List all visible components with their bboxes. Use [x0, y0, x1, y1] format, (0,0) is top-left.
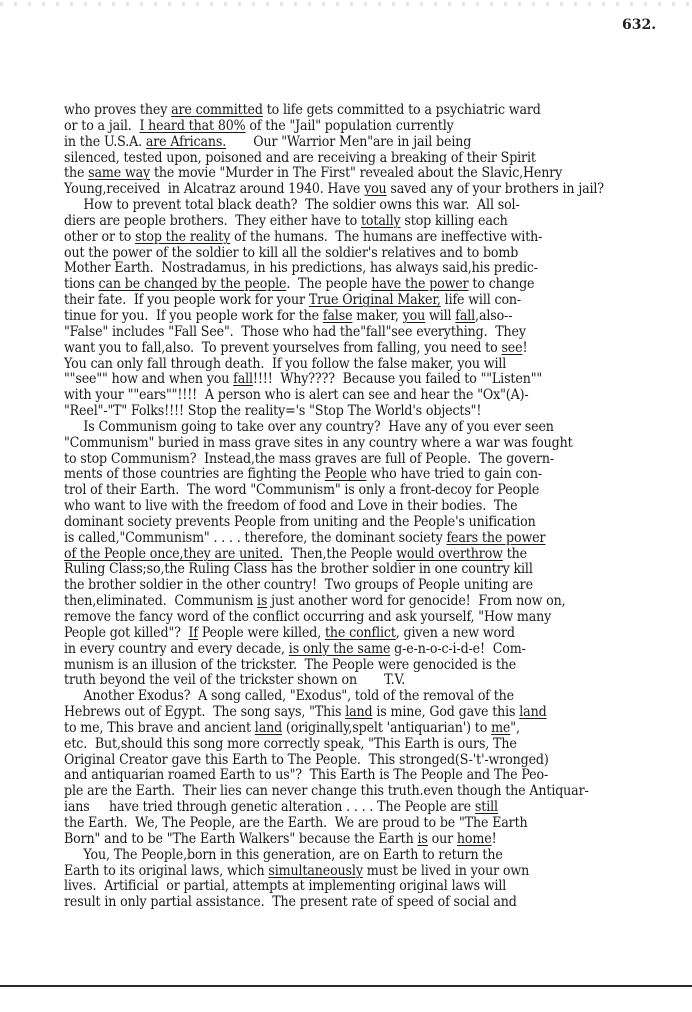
text-line: dominant society prevents People from un…: [64, 515, 648, 531]
underlined-text: would overthrow: [396, 546, 503, 562]
text-line: silenced, tested upon, poisoned and are …: [64, 151, 648, 167]
text-segment: You can only fall through death. If you …: [64, 356, 506, 372]
underlined-text: false: [323, 308, 353, 324]
underlined-text: fears the power: [446, 530, 545, 546]
text-segment: !: [523, 340, 528, 356]
underlined-text: home: [457, 831, 492, 847]
text-segment: then,eliminated. Communism: [64, 593, 257, 609]
text-segment: ,also--: [475, 308, 512, 324]
text-segment: Our "Warrior Men"are in jail being: [226, 134, 471, 150]
text-line: How to prevent total black death? The so…: [64, 198, 648, 214]
text-segment: !!!! Why???? Because you failed to ""Lis…: [253, 371, 542, 387]
text-line: to me, This brave and ancient land (orig…: [64, 721, 648, 737]
text-segment: Then,the People: [283, 546, 396, 562]
text-segment: !: [492, 831, 497, 847]
text-segment: People got killed"?: [64, 625, 189, 641]
text-segment: ",: [510, 720, 520, 736]
text-segment: just another word for genocide! From now…: [267, 593, 565, 609]
text-line: diers are people brothers. They either h…: [64, 214, 648, 230]
text-line: of the People once,they are united. Then…: [64, 547, 648, 563]
text-segment: with your ""ears""!!!! A person who is a…: [64, 387, 529, 403]
text-segment: Ruling Class;so,the Ruling Class has the…: [64, 561, 533, 577]
text-segment: to life gets committed to a psychiatric …: [263, 102, 541, 118]
text-line: You, The People,born in this generation,…: [64, 848, 648, 864]
text-line: out the power of the soldier to kill all…: [64, 246, 648, 262]
text-segment: who have tried to gain con-: [367, 466, 542, 482]
text-segment: Young,received in Alcatraz around 1940. …: [64, 181, 364, 197]
page-number: 632.: [622, 17, 656, 33]
text-line: "Communism" buried in mass grave sites i…: [64, 436, 648, 452]
text-line: You can only fall through death. If you …: [64, 357, 648, 373]
text-segment: Is Communism going to take over any coun…: [64, 419, 554, 435]
text-line: Another Exodus? A song called, "Exodus",…: [64, 689, 648, 705]
text-line: with your ""ears""!!!! A person who is a…: [64, 388, 648, 404]
underlined-text: you: [364, 181, 386, 197]
text-segment: ple are the Earth. Their lies can never …: [64, 783, 589, 799]
text-line: ments of those countries are fighting th…: [64, 467, 648, 483]
footer-rule: [0, 985, 692, 987]
text-line: to stop Communism? Instead,the mass grav…: [64, 452, 648, 468]
text-segment: or to a jail.: [64, 118, 139, 134]
text-line: truth beyond the veil of the trickster s…: [64, 673, 648, 689]
underlined-text: same way: [88, 165, 150, 181]
text-segment: Hebrews out of Egypt. The song says, "Th…: [64, 704, 345, 720]
text-segment: out the power of the soldier to kill all…: [64, 245, 518, 261]
text-line: their fate. If you people work for your …: [64, 293, 648, 309]
text-segment: dominant society prevents People from un…: [64, 514, 536, 530]
underlined-text: see: [501, 340, 522, 356]
text-segment: lives. Artificial or partial, attempts a…: [64, 878, 506, 894]
text-segment: to me, This brave and ancient: [64, 720, 255, 736]
text-line: ""see"" how and when you fall!!!! Why???…: [64, 372, 648, 388]
underlined-text: is: [257, 593, 267, 609]
underlined-text: simultaneously: [268, 863, 362, 879]
underlined-text: land: [255, 720, 282, 736]
text-line: who proves they are committed to life ge…: [64, 103, 648, 119]
text-line: People got killed"? If People were kille…: [64, 626, 648, 642]
text-segment: Born" and to be "The Earth Walkers" beca…: [64, 831, 418, 847]
text-segment: Earth to its original laws, which: [64, 863, 268, 879]
text-segment: maker,: [352, 308, 402, 324]
text-segment: and antiquarian roamed Earth to us"? Thi…: [64, 767, 548, 783]
text-segment: (originally,spelt 'antiquarian') to: [282, 720, 491, 736]
underlined-text: are Africans.: [146, 134, 226, 150]
underlined-text: fall: [233, 371, 253, 387]
text-segment: truth beyond the veil of the trickster s…: [64, 672, 405, 688]
text-segment: who want to live with the freedom of foo…: [64, 498, 518, 514]
text-line: and antiquarian roamed Earth to us"? Thi…: [64, 768, 648, 784]
text-line: Ruling Class;so,the Ruling Class has the…: [64, 562, 648, 578]
text-segment: tinue for you. If you people work for th…: [64, 308, 323, 324]
text-segment: g-e-n-o-c-i-d-e! Com-: [390, 641, 525, 657]
text-segment: ments of those countries are fighting th…: [64, 466, 325, 482]
text-segment: diers are people brothers. They either h…: [64, 213, 361, 229]
text-segment: who proves they: [64, 102, 171, 118]
text-segment: result in only partial assistance. The p…: [64, 894, 517, 910]
text-line: in the U.S.A. are Africans. Our "Warrior…: [64, 135, 648, 151]
text-segment: silenced, tested upon, poisoned and are …: [64, 150, 536, 166]
text-segment: to change: [469, 276, 535, 292]
text-segment: is mine, God gave this: [372, 704, 519, 720]
text-segment: Another Exodus? A song called, "Exodus",…: [64, 688, 514, 704]
text-segment: of the humans. The humans are ineffectiv…: [230, 229, 542, 245]
text-segment: will: [425, 308, 455, 324]
text-line: or to a jail. I heard that 80% of the "J…: [64, 119, 648, 135]
text-segment: You, The People,born in this generation,…: [64, 847, 503, 863]
text-line: munism is an illusion of the trickster. …: [64, 658, 648, 674]
text-line: then,eliminated. Communism is just anoth…: [64, 594, 648, 610]
text-line: the same way the movie "Murder in The Fi…: [64, 166, 648, 182]
text-segment: in every country and every decade,: [64, 641, 289, 657]
text-segment: tions: [64, 276, 99, 292]
underlined-text: me: [491, 720, 510, 736]
text-line: lives. Artificial or partial, attempts a…: [64, 879, 648, 895]
text-line: in every country and every decade, is on…: [64, 642, 648, 658]
text-line: want you to fall,also. To prevent yourse…: [64, 341, 648, 357]
text-line: ple are the Earth. Their lies can never …: [64, 784, 648, 800]
text-line: Hebrews out of Egypt. The song says, "Th…: [64, 705, 648, 721]
underlined-text: People: [325, 466, 367, 482]
text-line: result in only partial assistance. The p…: [64, 895, 648, 911]
text-segment: , given a new word: [396, 625, 515, 641]
underlined-text: the conflict: [325, 625, 396, 641]
text-segment: ians have tried through genetic alterati…: [64, 799, 475, 815]
underlined-text: True Original Maker,: [309, 292, 441, 308]
text-line: trol of their Earth. The word "Communism…: [64, 483, 648, 499]
text-line: who want to live with the freedom of foo…: [64, 499, 648, 515]
text-segment: is called,"Communism" . . . . therefore,…: [64, 530, 446, 546]
underlined-text: is only the same: [289, 641, 391, 657]
text-line: tions can be changed by the people. The …: [64, 277, 648, 293]
text-segment: the: [64, 165, 88, 181]
underlined-text: fall: [455, 308, 475, 324]
text-line: Earth to its original laws, which simult…: [64, 864, 648, 880]
underlined-text: stop the reality: [135, 229, 230, 245]
text-segment: the Earth. We, The People, are the Earth…: [64, 815, 528, 831]
text-segment: our: [428, 831, 457, 847]
text-segment: . The people: [286, 276, 371, 292]
text-line: Is Communism going to take over any coun…: [64, 420, 648, 436]
text-segment: the movie "Murder in The First" revealed…: [150, 165, 562, 181]
underlined-text: is: [418, 831, 428, 847]
text-segment: of the "Jail" population currently: [246, 118, 454, 134]
text-line: Born" and to be "The Earth Walkers" beca…: [64, 832, 648, 848]
text-segment: saved any of your brothers in jail?: [387, 181, 604, 197]
text-segment: the brother soldier in the other country…: [64, 577, 533, 593]
underlined-text: totally: [361, 213, 401, 229]
underlined-text: I heard that 80%: [139, 118, 245, 134]
underlined-text: of the People once,they are united.: [64, 546, 283, 562]
text-segment: want you to fall,also. To prevent yourse…: [64, 340, 501, 356]
text-segment: life will con-: [441, 292, 521, 308]
text-segment: Mother Earth. Nostradamus, in his predic…: [64, 260, 538, 276]
text-segment: in the U.S.A.: [64, 134, 146, 150]
text-segment: stop killing each: [401, 213, 508, 229]
text-line: other or to stop the reality of the huma…: [64, 230, 648, 246]
text-segment: "Communism" buried in mass grave sites i…: [64, 435, 573, 451]
text-segment: People were killed,: [198, 625, 325, 641]
text-line: "Reel"-"T" Folks!!!! Stop the reality='s…: [64, 404, 648, 420]
text-segment: Original Creator gave this Earth to The …: [64, 752, 549, 768]
text-line: Original Creator gave this Earth to The …: [64, 753, 648, 769]
underlined-text: can be changed by the people: [99, 276, 287, 292]
underlined-text: you: [403, 308, 425, 324]
text-segment: "False" includes "Fall See". Those who h…: [64, 324, 526, 340]
underlined-text: have the power: [371, 276, 468, 292]
text-line: Young,received in Alcatraz around 1940. …: [64, 182, 648, 198]
text-segment: to stop Communism? Instead,the mass grav…: [64, 451, 554, 467]
underlined-text: are committed: [171, 102, 263, 118]
text-line: tinue for you. If you people work for th…: [64, 309, 648, 325]
underlined-text: land: [345, 704, 372, 720]
text-line: Mother Earth. Nostradamus, in his predic…: [64, 261, 648, 277]
text-segment: etc. But,should this song more correctly…: [64, 736, 517, 752]
text-segment: other or to: [64, 229, 135, 245]
text-segment: "Reel"-"T" Folks!!!! Stop the reality='s…: [64, 403, 481, 419]
text-line: is called,"Communism" . . . . therefore,…: [64, 531, 648, 547]
text-line: "False" includes "Fall See". Those who h…: [64, 325, 648, 341]
underlined-text: If: [189, 625, 198, 641]
text-segment: the: [503, 546, 527, 562]
text-segment: remove the fancy word of the conflict oc…: [64, 609, 551, 625]
text-line: remove the fancy word of the conflict oc…: [64, 610, 648, 626]
text-line: ians have tried through genetic alterati…: [64, 800, 648, 816]
text-segment: their fate. If you people work for your: [64, 292, 309, 308]
text-line: the brother soldier in the other country…: [64, 578, 648, 594]
text-segment: ""see"" how and when you: [64, 371, 233, 387]
underlined-text: still: [475, 799, 498, 815]
text-line: etc. But,should this song more correctly…: [64, 737, 648, 753]
document-body: who proves they are committed to life ge…: [64, 103, 692, 911]
text-segment: trol of their Earth. The word "Communism…: [64, 482, 539, 498]
text-line: the Earth. We, The People, are the Earth…: [64, 816, 648, 832]
scan-noise-top: [0, 2, 692, 6]
text-segment: must be lived in your own: [363, 863, 529, 879]
underlined-text: land: [519, 704, 546, 720]
text-segment: munism is an illusion of the trickster. …: [64, 657, 516, 673]
text-segment: How to prevent total black death? The so…: [64, 197, 520, 213]
